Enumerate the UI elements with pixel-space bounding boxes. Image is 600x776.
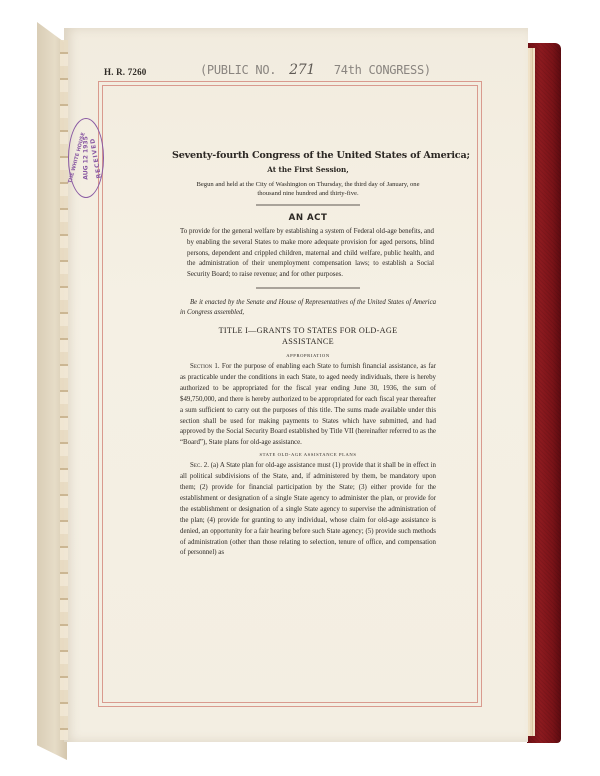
session-heading: At the First Session, [180,165,436,174]
enacting-clause: Be it enacted by the Senate and House of… [180,298,436,319]
bill-number: H. R. 7260 [104,67,147,77]
public-law-label: (PUBLIC NO. 271 74th CONGRESS) [200,62,431,78]
title-heading: TITLE I—GRANTS TO STATES FOR OLD-AGE ASS… [180,325,436,348]
received-stamp: THE WHITE HOUSE AUG 12 1935 RECEIVED [68,118,104,198]
congress-label: 74th CONGRESS) [334,63,431,77]
section-body: For the purpose of enabling each State t… [180,363,436,446]
divider-rule [256,287,360,289]
section-lead: Section 1. [190,363,220,370]
stamp-date: AUG 12 1935 [83,136,90,179]
an-act-heading: AN ACT [180,213,436,223]
section-2-text: Sec. 2. (a) A State plan for old-age ass… [180,461,436,559]
section-1-text: Section 1. For the purpose of enabling e… [180,362,436,449]
binding-stitches [60,40,68,740]
handwritten-law-number: 271 [289,62,315,78]
section-lead: Sec. 2. [190,462,209,469]
begun-clause: Begun and held at the City of Washington… [180,180,436,198]
section-subheading: STATE OLD-AGE ASSISTANCE PLANS [180,452,436,457]
public-law-prefix: (PUBLIC NO. [200,63,276,77]
preamble: To provide for the general welfare by es… [180,227,436,281]
section-body: (a) A State plan for old-age assistance … [180,462,436,556]
divider-rule [256,204,360,206]
section-subheading: APPROPRIATION [180,353,436,358]
act-text: Seventy-fourth Congress of the United St… [180,150,436,559]
congress-heading: Seventy-fourth Congress of the United St… [172,150,444,161]
stamp-line-3: RECEIVED [89,137,103,179]
